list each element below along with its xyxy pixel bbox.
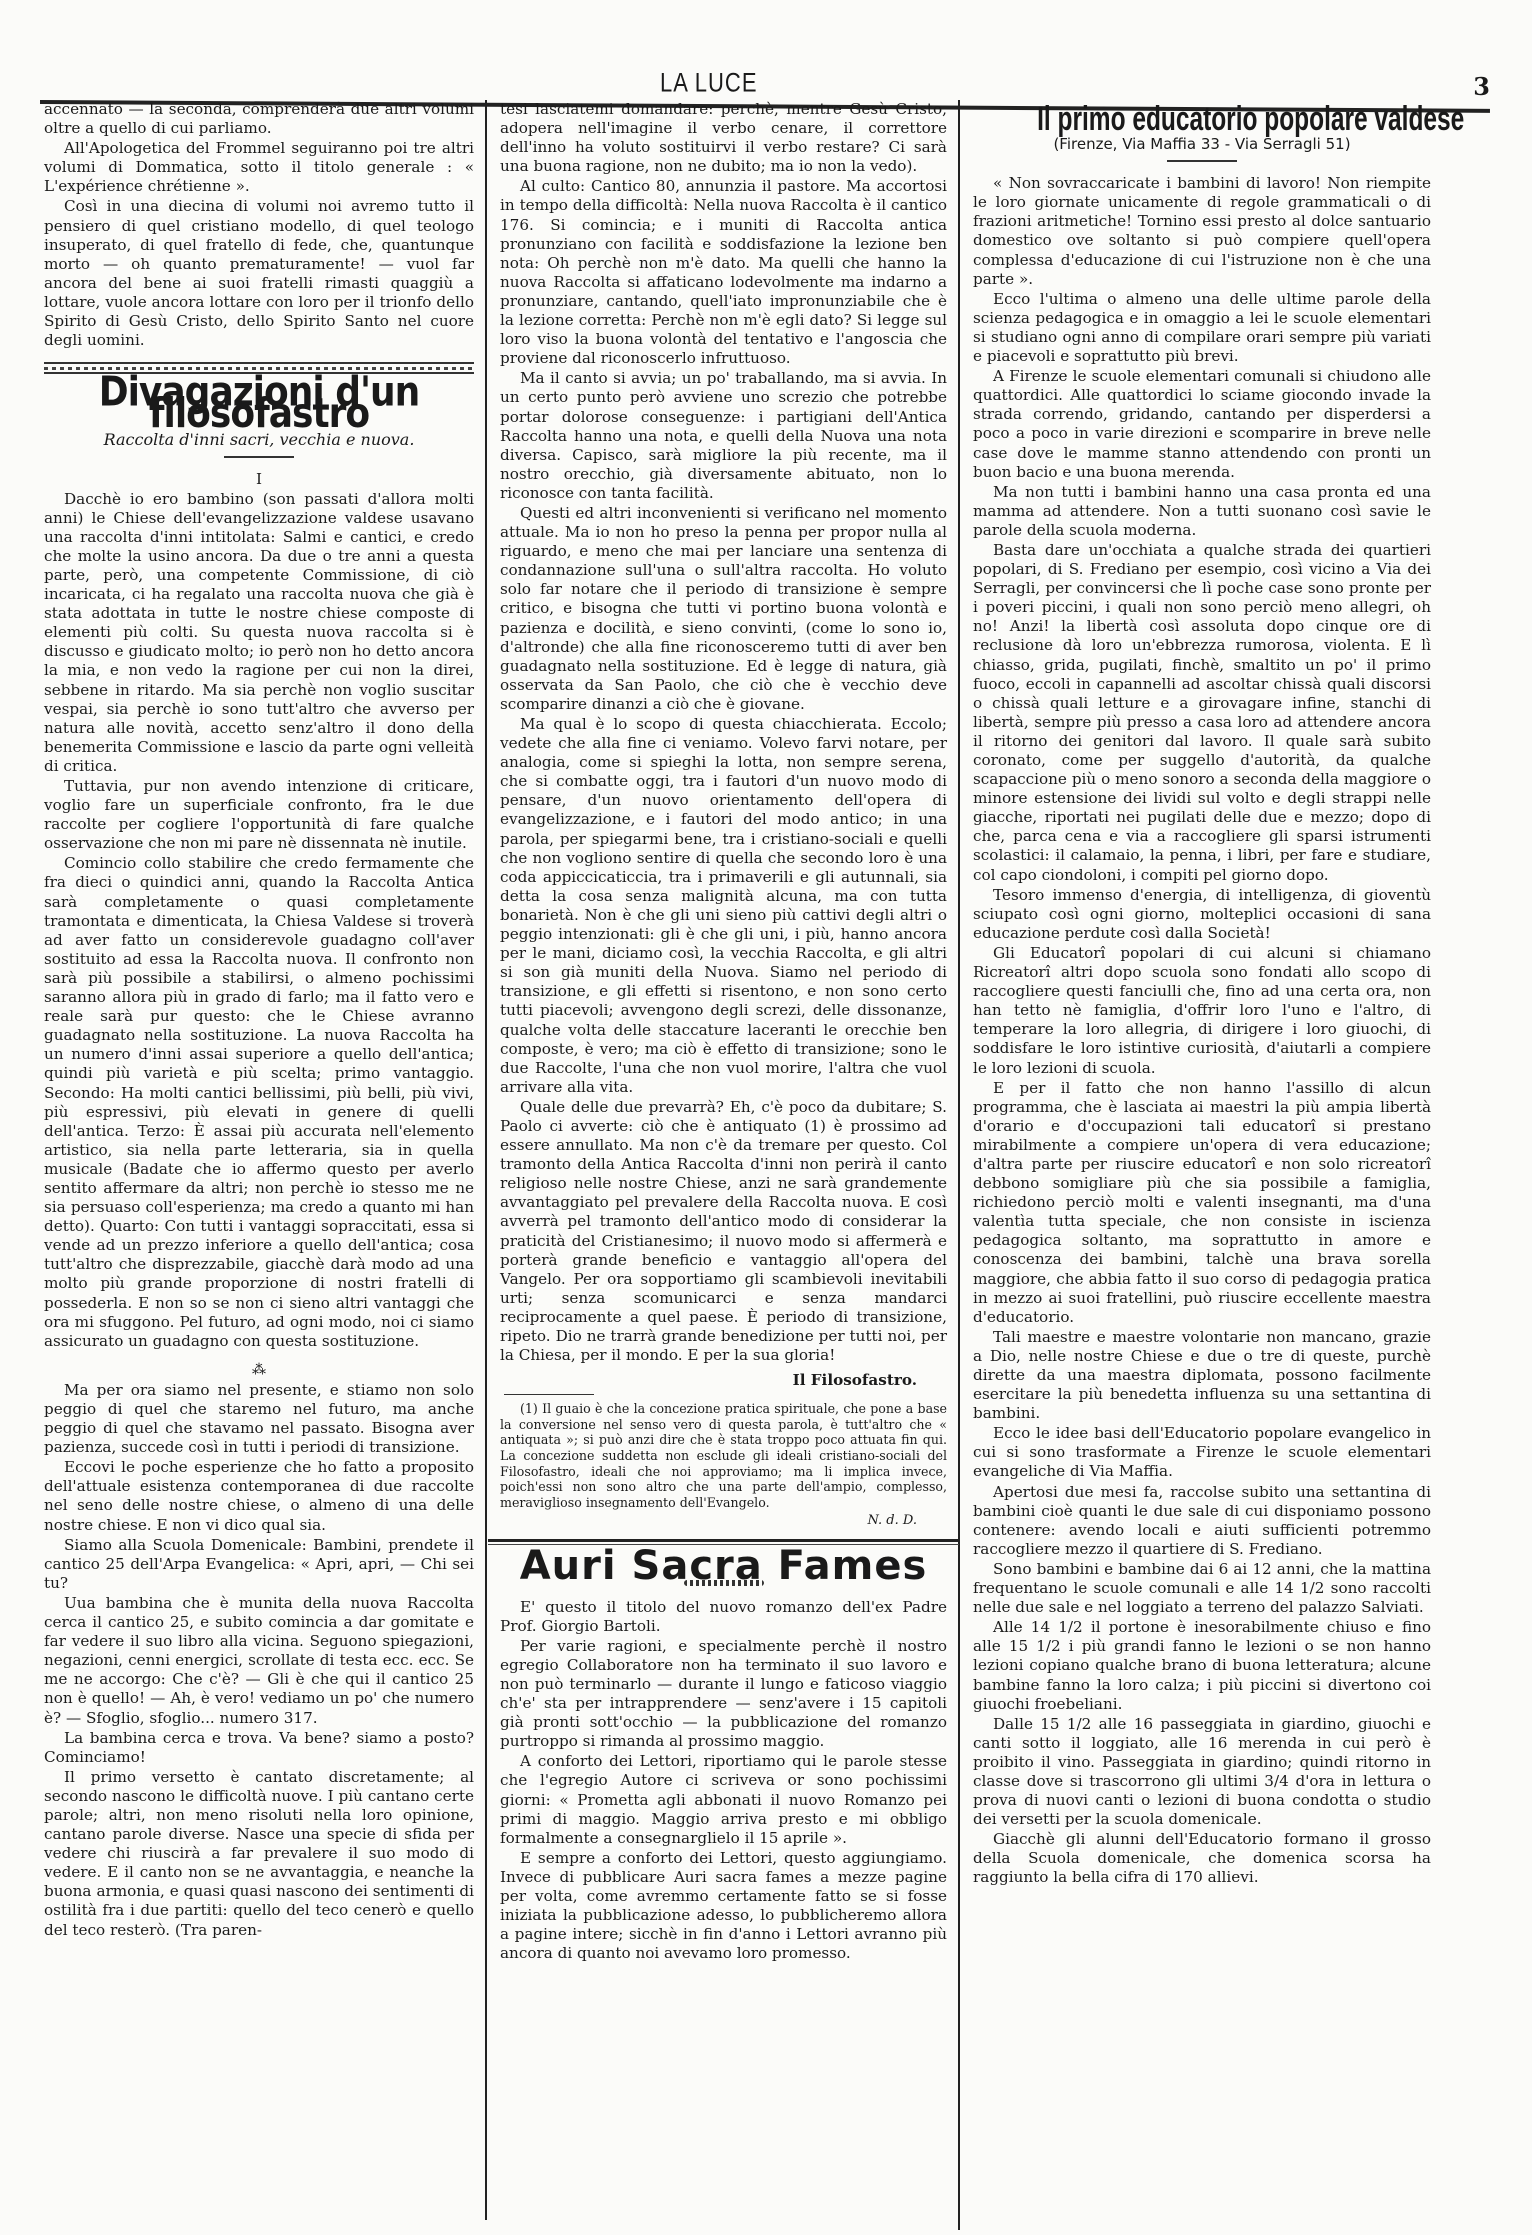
paragraph: Tali maestre e maestre volontarie non ma… [973,1328,1431,1423]
column-2: tesi lasciatemi domandare: perchè, mentr… [500,100,947,1964]
paragraph: Ecco le idee basi dell'Educatorio popola… [973,1424,1431,1481]
column-1: accennato — la seconda, comprenderà due … [44,100,474,1941]
short-divider [1167,160,1237,162]
paragraph: Apertosi due mesi fa, raccolse subito un… [973,1483,1431,1559]
paragraph: « Non sovraccaricate i bambini di lavoro… [973,174,1431,289]
footnote-divider [504,1394,594,1395]
short-divider [224,456,294,458]
paragraph: Ma per ora siamo nel presente, e stiamo … [44,1381,474,1457]
paragraph: Il primo versetto è cantato discretament… [44,1768,474,1940]
paragraph: Alle 14 1/2 il portone è inesorabilmente… [973,1618,1431,1713]
paragraph: Per varie ragioni, e specialmente perchè… [500,1637,947,1752]
paragraph: Quale delle due prevarrà? Eh, c'è poco d… [500,1098,947,1365]
section-numeral: I [44,470,474,489]
footnote-signature: N. d. D. [500,1511,947,1530]
paragraph: Basta dare un'occhiata a qualche strada … [973,541,1431,885]
asterism-divider: ⁂ [44,1361,474,1380]
paragraph: E sempre a conforto dei Lettori, questo … [500,1849,947,1964]
paragraph: Gli Educatorî popolari di cui alcuni si … [973,944,1431,1078]
paragraph: Comincio collo stabilire che credo ferma… [44,854,474,1350]
article-headline: Auri Sacra Fames [500,1557,947,1576]
column-divider [485,100,487,2220]
footnote: (1) Il guaio è che la concezione pratica… [500,1401,947,1510]
paragraph: A conforto dei Lettori, riportiamo qui l… [500,1752,947,1847]
column-divider [958,100,960,2230]
paragraph: Ma non tutti i bambini hanno una casa pr… [973,483,1431,540]
paragraph: Al culto: Cantico 80, annunzia il pastor… [500,177,947,368]
author-signature: Il Filosofastro. [500,1371,947,1390]
paragraph: Eccovi le poche esperienze che ho fatto … [44,1458,474,1534]
paragraph: Ma qual è lo scopo di questa chiacchiera… [500,715,947,1097]
paragraph: E per il fatto che non hanno l'assillo d… [973,1079,1431,1327]
paragraph: tesi lasciatemi domandare: perchè, mentr… [500,100,947,176]
paragraph: Uua bambina che è munita della nuova Rac… [44,1594,474,1728]
paragraph: Ma il canto si avvia; un po' traballando… [500,369,947,503]
paragraph: La bambina cerca e trova. Va bene? siamo… [44,1729,474,1767]
page-number: 3 [1473,72,1490,101]
paragraph: E' questo il titolo del nuovo romanzo de… [500,1598,947,1636]
paragraph: Sono bambini e bambine dai 6 ai 12 anni,… [973,1560,1431,1617]
article-headline: Divagazioni d'un filosofastro [44,381,474,425]
paragraph: Siamo alla Scuola Domenicale: Bambini, p… [44,1536,474,1593]
paragraph: Tesoro immenso d'energia, di intelligenz… [973,886,1431,943]
article-headline: Il primo educatorio popolare valdese [1037,110,1367,129]
paragraph: Ecco l'ultima o almeno una delle ultime … [973,290,1431,366]
paragraph: Dalle 15 1/2 alle 16 passeggiata in giar… [973,1715,1431,1830]
paragraph: Giacchè gli alunni dell'Educatorio forma… [973,1830,1431,1887]
paragraph: accennato — la seconda, comprenderà due … [44,100,474,138]
paragraph: Dacchè io ero bambino (son passati d'all… [44,490,474,776]
paragraph: Tuttavia, pur non avendo intenzione di c… [44,777,474,853]
paragraph: A Firenze le scuole elementari comunali … [973,367,1431,482]
page-header: LA LUCE 3 [40,60,1490,100]
newspaper-title: LA LUCE [660,67,758,98]
paragraph: All'Apologetica del Frommel seguiranno p… [44,139,474,196]
column-3: Il primo educatorio popolare valdese (Fi… [973,100,1431,1889]
paragraph: Questi ed altri inconvenienti si verific… [500,504,947,714]
paragraph: Così in una diecina di volumi noi avremo… [44,197,474,350]
